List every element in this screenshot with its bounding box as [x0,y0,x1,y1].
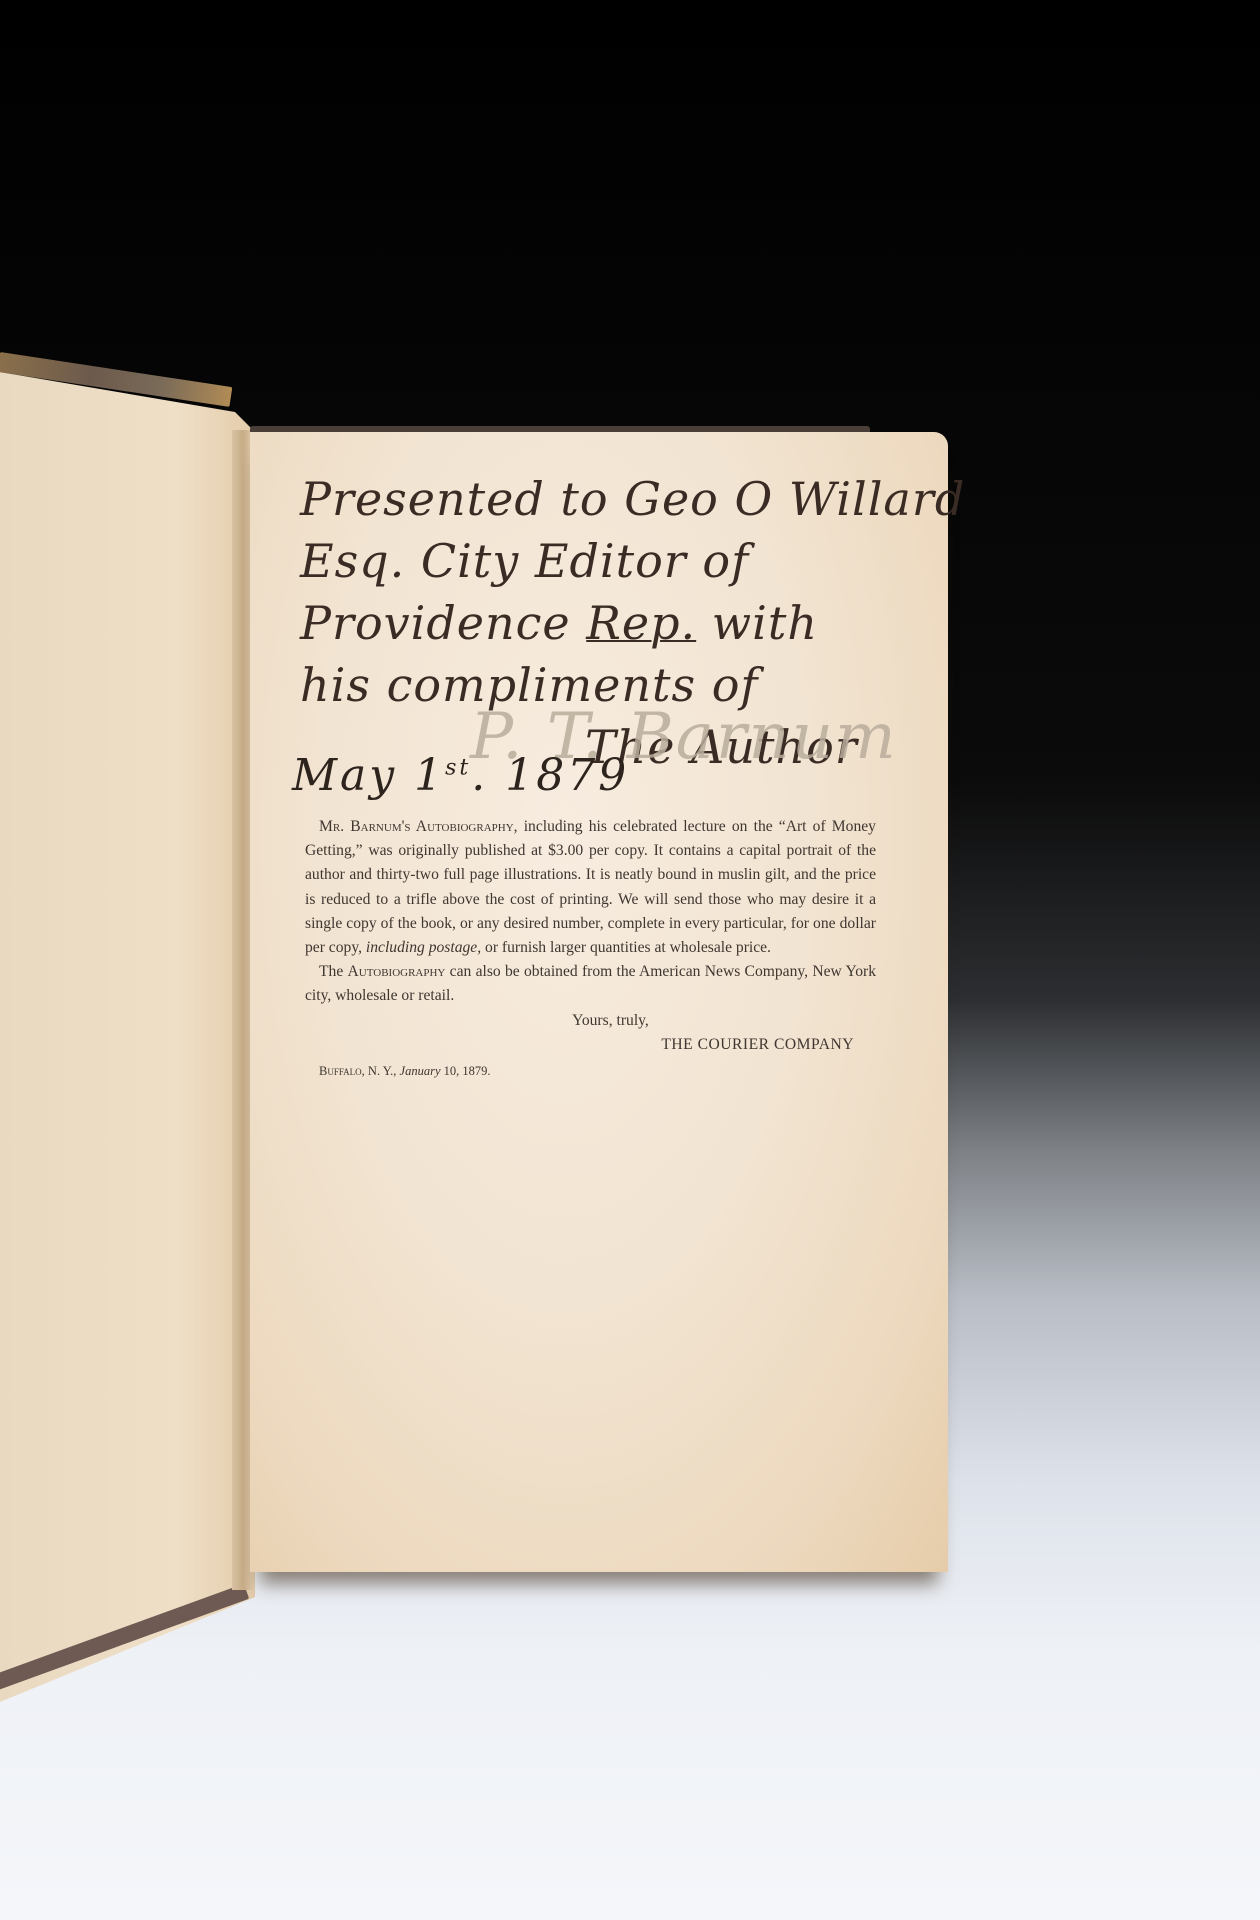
notice-paragraph-2: The Autobiography can also be obtained f… [305,960,876,1008]
paragraph-text: The [319,963,348,980]
book-title: Mr. Barnum's Autobiography [319,818,514,835]
paragraph-text: , including his celebrated lecture on th… [305,818,876,956]
publisher-name: THE COURIER COMPANY [305,1033,876,1057]
handwritten-date: May 1st. 1879 [292,750,629,801]
book-photo: Presented to Geo O Willard Esq. City Edi… [0,0,1260,1920]
left-endpaper [0,372,255,1702]
inscription-line: Providence Rep. with [300,592,940,654]
dateline-place: Buffalo, N. Y., [319,1064,400,1078]
italic-phrase: including postage, [366,939,481,956]
date-suffix: st [445,755,471,780]
printed-notice: Mr. Barnum's Autobiography, including hi… [305,815,876,1083]
signoff: Yours, truly, [305,1009,876,1033]
dateline: Buffalo, N. Y., January 10, 1879. [305,1059,876,1083]
underlined-word: Rep. [586,596,696,650]
inscription-line: Esq. City Editor of [300,530,940,592]
paragraph-text: or furnish larger quantities at wholesal… [481,939,771,956]
dateline-rest: 10, 1879. [441,1064,491,1078]
date-day: May 1 [292,750,445,801]
dateline-month: January [400,1064,441,1078]
inscription-line: Presented to Geo O Willard [300,468,940,530]
notice-paragraph-1: Mr. Barnum's Autobiography, including hi… [305,815,876,960]
date-year: . 1879 [471,750,629,801]
book-title: Autobiography [348,963,446,980]
